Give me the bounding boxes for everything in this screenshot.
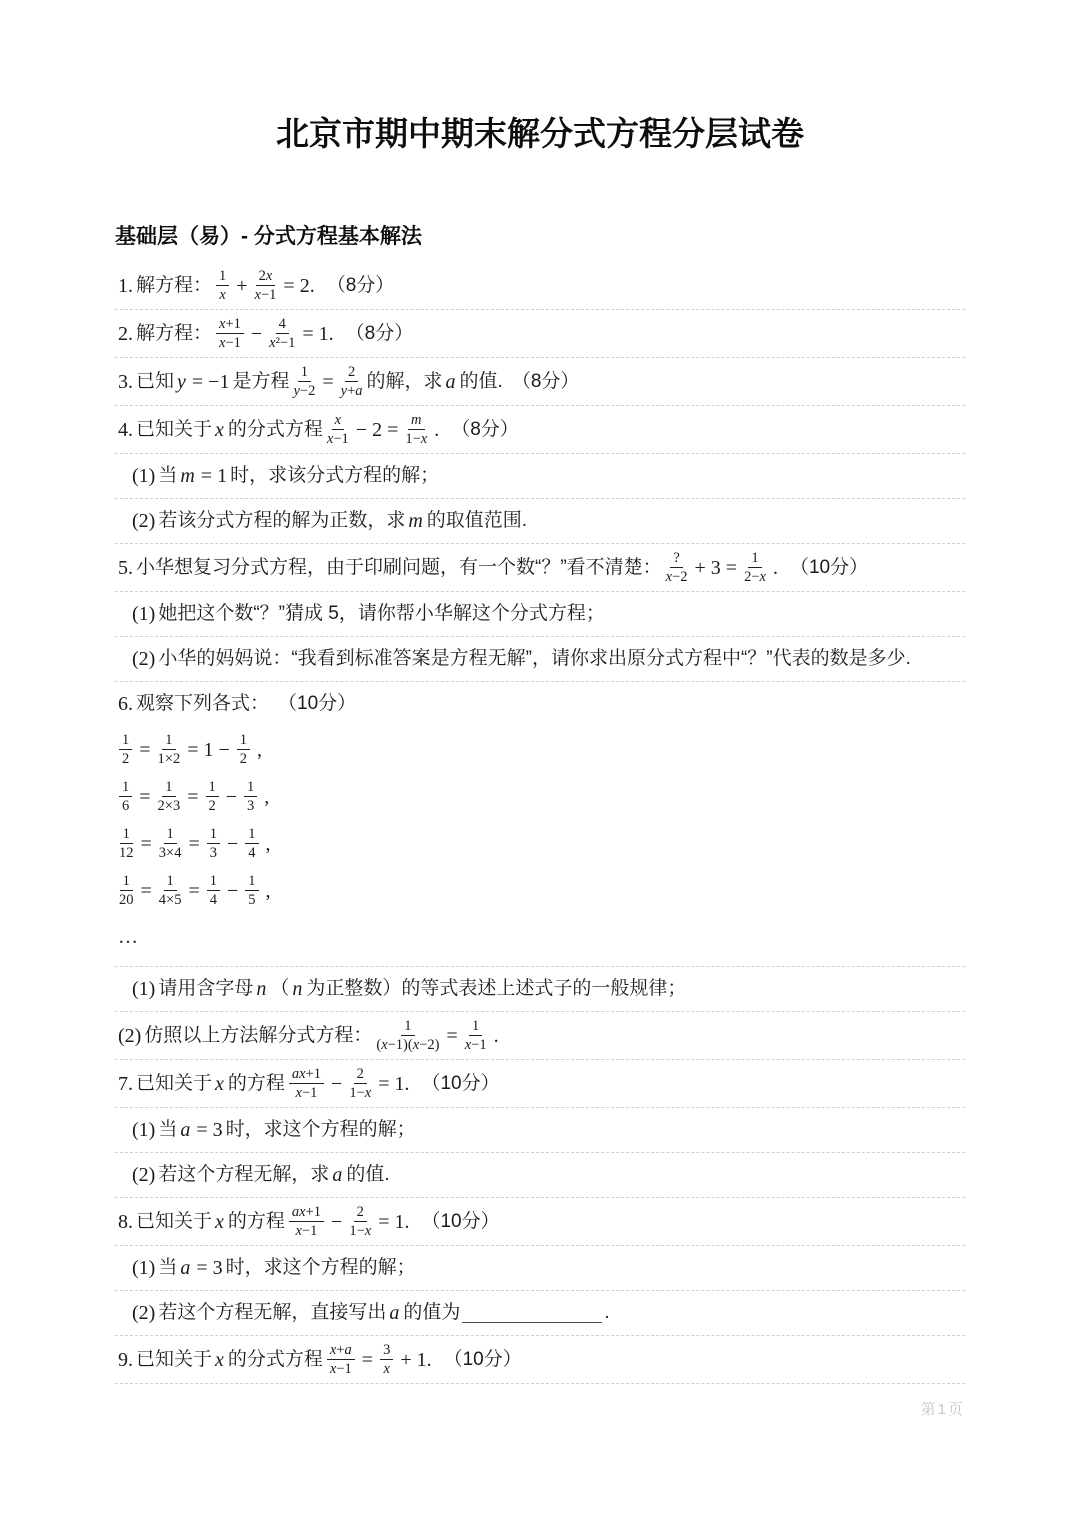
question-5-part-2: (2)小华的妈妈说：“我看到标准答案是方程无解”，请你求出原分式方程中“？”代表…	[115, 637, 965, 682]
question-text: 解方程：	[136, 321, 212, 347]
fraction: ax+1x−1	[289, 1066, 324, 1101]
math-text: −	[331, 1071, 342, 1097]
question-text: 已知关于	[136, 1347, 212, 1373]
math-text: n	[256, 976, 267, 1002]
question-text: 小华的妈妈说：“我看到标准答案是方程无解”，请你求出原分式方程中“？”代表的数是…	[158, 646, 911, 672]
score-label: （10分）	[444, 1347, 522, 1373]
fraction: 13×4	[159, 826, 182, 861]
fraction: 1(x−1)(x−2)	[376, 1018, 439, 1053]
math-text: a	[332, 1162, 343, 1188]
math-text: (2)	[132, 1162, 155, 1188]
question-6-formula-4: 120=14×5=14−15,	[115, 867, 965, 914]
paper-title: 北京市期中期末解分式方程分层试卷	[115, 112, 965, 156]
fraction: 2xx−1	[255, 268, 277, 303]
question-text: 的方程	[228, 1209, 285, 1235]
fraction: xx−1	[327, 412, 349, 447]
question-text: 时，求这个方程的解；	[226, 1255, 416, 1281]
question-text: 的分式方程	[228, 417, 323, 443]
question-4: 4.已知关于x的分式方程xx−1− 2 =m1−x.（8分）	[115, 406, 965, 454]
section-header-basic-level: 基础层（易）- 分式方程基本解法	[115, 220, 965, 250]
math-text: −	[227, 831, 238, 857]
fraction: 15	[245, 873, 258, 908]
question-7: 7.已知关于x的方程ax+1x−1−21−x= 1.（10分）	[115, 1060, 965, 1108]
question-text: 是方程	[232, 369, 289, 395]
math-text: 7.	[118, 1071, 133, 1097]
math-text: 8.	[118, 1209, 133, 1235]
question-6-ellipsis: …	[115, 914, 965, 967]
question-text: （	[270, 976, 289, 1002]
question-text: 为正整数）的等式表述上述式子的一般规律；	[306, 976, 686, 1002]
math-text: (1)	[132, 601, 155, 627]
score-label: （8分）	[327, 273, 395, 299]
question-text: 的取值范围.	[427, 508, 527, 534]
question-text: 解方程：	[136, 273, 212, 299]
score-label: （8分）	[346, 321, 414, 347]
math-text: (2)	[132, 508, 155, 534]
math-text: ,	[257, 737, 262, 763]
question-6: 6.观察下列各式：（10分）	[115, 682, 965, 726]
score-label: （8分）	[451, 417, 519, 443]
math-text: y = −1	[177, 369, 229, 395]
question-text: 的分式方程	[228, 1347, 323, 1373]
question-1: 1.解方程：1x+2xx−1= 2.（8分）	[115, 262, 965, 310]
math-text: 9.	[118, 1347, 133, 1373]
fraction: 3x	[380, 1342, 393, 1377]
score-label: （10分）	[790, 555, 868, 581]
math-text: m = 1	[180, 463, 227, 489]
math-text: =	[141, 831, 152, 857]
math-text: 1.	[118, 273, 133, 299]
question-4-part-2: (2)若该分式方程的解为正数，求m的取值范围.	[115, 499, 965, 544]
math-text: a = 3	[180, 1117, 222, 1143]
question-5: 5.小华想复习分式方程，由于印刷问题，有一个数“？”看不清楚：?x−2+ 3 =…	[115, 544, 965, 592]
question-4-part-1: (1)当m = 1时，求该分式方程的解；	[115, 454, 965, 499]
question-text: 若这个方程无解，直接写出	[158, 1300, 386, 1326]
score-label: （10分）	[421, 1071, 499, 1097]
question-3: 3.已知y = −1是方程1y−2=2y+a的解，求a的值.（8分）	[115, 358, 965, 406]
fraction: 112	[119, 826, 134, 861]
fraction: m1−x	[405, 412, 427, 447]
fraction: 14	[245, 826, 258, 861]
question-text: 的方程	[228, 1071, 285, 1097]
fraction: 21−x	[349, 1204, 371, 1239]
question-text: 当	[158, 1255, 177, 1281]
math-text: a = 3	[180, 1255, 222, 1281]
fraction: 21−x	[349, 1066, 371, 1101]
fraction: 4x²−1	[269, 316, 295, 351]
math-text: (1)	[132, 1255, 155, 1281]
math-text: (2)	[118, 1023, 141, 1049]
math-text: 2.	[118, 321, 133, 347]
math-text: 6.	[118, 691, 133, 717]
math-text: (2)	[132, 646, 155, 672]
fraction: 120	[119, 873, 134, 908]
math-text: =	[446, 1023, 457, 1049]
fraction: 13	[244, 779, 257, 814]
question-text: 已知关于	[136, 1071, 212, 1097]
fraction: 13	[207, 826, 220, 861]
question-text: 的解，求	[367, 369, 443, 395]
math-text: (1)	[132, 976, 155, 1002]
math-text: (2)	[132, 1300, 155, 1326]
math-text: =	[139, 784, 150, 810]
math-text: =	[187, 784, 198, 810]
question-6-formula-1: 12=11×2= 1 −12,	[115, 726, 965, 773]
score-label: （10分）	[421, 1209, 499, 1235]
question-2: 2.解方程：x+1x−1−4x²−1= 1.（8分）	[115, 310, 965, 358]
answer-blank	[462, 1303, 602, 1323]
fraction: 14×5	[159, 873, 182, 908]
math-text: −	[227, 878, 238, 904]
fraction: 1x−1	[465, 1018, 487, 1053]
exam-page: 北京市期中期末解分式方程分层试卷 基础层（易）- 分式方程基本解法 1.解方程：…	[0, 112, 1080, 1419]
math-text: −	[331, 1209, 342, 1235]
math-text: +	[236, 273, 247, 299]
question-text: 的值.	[460, 369, 503, 395]
question-6-part-1: (1)请用含字母n（n为正整数）的等式表述上述式子的一般规律；	[115, 967, 965, 1012]
question-text: 她把这个数“？”猜成 5，请你帮小华解这个分式方程；	[158, 601, 605, 627]
math-text: .	[773, 555, 778, 581]
question-text: .	[604, 1300, 609, 1326]
question-text: 时，求这个方程的解；	[226, 1117, 416, 1143]
fraction: 12	[119, 732, 132, 767]
fraction: 2y+a	[341, 364, 363, 399]
fraction: 12	[206, 779, 219, 814]
fraction: ax+1x−1	[289, 1204, 324, 1239]
question-text: 仿照以上方法解分式方程：	[144, 1023, 372, 1049]
page-number: 第1页	[115, 1398, 965, 1419]
math-text: =	[141, 878, 152, 904]
question-5-part-1: (1)她把这个数“？”猜成 5，请你帮小华解这个分式方程；	[115, 592, 965, 637]
question-text: 当	[158, 463, 177, 489]
question-7-part-1: (1)当a = 3时，求这个方程的解；	[115, 1108, 965, 1153]
math-text: .	[434, 417, 439, 443]
math-text: .	[494, 1023, 499, 1049]
question-8: 8.已知关于x的方程ax+1x−1−21−x= 1.（10分）	[115, 1198, 965, 1246]
math-text: ,	[264, 784, 269, 810]
math-text: =	[139, 737, 150, 763]
question-6-part-2: (2)仿照以上方法解分式方程：1(x−1)(x−2)=1x−1.	[115, 1012, 965, 1060]
question-text: 若这个方程无解，求	[158, 1162, 329, 1188]
fraction: 12−x	[744, 550, 766, 585]
math-text: a	[446, 369, 457, 395]
math-text: = 1.	[378, 1071, 409, 1097]
score-label: （8分）	[512, 369, 580, 395]
math-text: x	[215, 1347, 225, 1373]
math-text: + 3 =	[695, 555, 738, 581]
math-text: ,	[266, 878, 271, 904]
question-text: 已知关于	[136, 1209, 212, 1235]
question-9: 9.已知关于x的分式方程x+ax−1=3x+ 1.（10分）	[115, 1336, 965, 1384]
math-text: 5.	[118, 555, 133, 581]
math-text: 3.	[118, 369, 133, 395]
math-text: =	[362, 1347, 373, 1373]
fraction: ?x−2	[666, 550, 688, 585]
fraction: 12	[237, 732, 250, 767]
question-text: 的值为	[403, 1300, 460, 1326]
question-text: 请用含字母	[158, 976, 253, 1002]
fraction: 12×3	[158, 779, 181, 814]
math-text: x	[215, 1071, 225, 1097]
question-8-part-1: (1)当a = 3时，求这个方程的解；	[115, 1246, 965, 1291]
question-text: 的值.	[346, 1162, 389, 1188]
math-text: m	[408, 508, 423, 534]
fraction: 1x	[216, 268, 229, 303]
fraction: 11×2	[158, 732, 181, 767]
question-text: 已知	[136, 369, 174, 395]
math-text: = 2.	[283, 273, 314, 299]
math-text: − 2 =	[356, 417, 399, 443]
question-text: 已知关于	[136, 417, 212, 443]
math-text: =	[188, 878, 199, 904]
math-text: x	[215, 1209, 225, 1235]
math-text: (1)	[132, 463, 155, 489]
question-text: 当	[158, 1117, 177, 1143]
fraction: x+ax−1	[327, 1342, 355, 1377]
question-6-formula-3: 112=13×4=13−14,	[115, 820, 965, 867]
math-text: =	[188, 831, 199, 857]
question-text: 时，求该分式方程的解；	[230, 463, 439, 489]
fraction: 1y−2	[293, 364, 315, 399]
math-text: =	[322, 369, 333, 395]
fraction: 14	[207, 873, 220, 908]
question-8-part-2: (2)若这个方程无解，直接写出a的值为.	[115, 1291, 965, 1336]
question-text: 若该分式方程的解为正数，求	[158, 508, 405, 534]
question-text: 小华想复习分式方程，由于印刷问题，有一个数“？”看不清楚：	[136, 555, 662, 581]
math-text: = 1.	[378, 1209, 409, 1235]
question-text: 观察下列各式：	[136, 691, 269, 717]
fraction: 16	[119, 779, 132, 814]
math-text: = 1.	[302, 321, 333, 347]
math-text: −	[226, 784, 237, 810]
math-text: x	[215, 417, 225, 443]
math-text: ,	[266, 831, 271, 857]
math-text: (1)	[132, 1117, 155, 1143]
fraction: x+1x−1	[216, 316, 244, 351]
math-text: = 1 −	[187, 737, 230, 763]
math-text: 4.	[118, 417, 133, 443]
score-label: （10分）	[278, 691, 356, 717]
question-6-formula-2: 16=12×3=12−13,	[115, 773, 965, 820]
math-text: a	[389, 1300, 400, 1326]
math-text: −	[251, 321, 262, 347]
math-text: + 1.	[400, 1347, 431, 1373]
question-7-part-2: (2)若这个方程无解，求a的值.	[115, 1153, 965, 1198]
math-text: n	[292, 976, 303, 1002]
math-text: …	[118, 924, 138, 950]
